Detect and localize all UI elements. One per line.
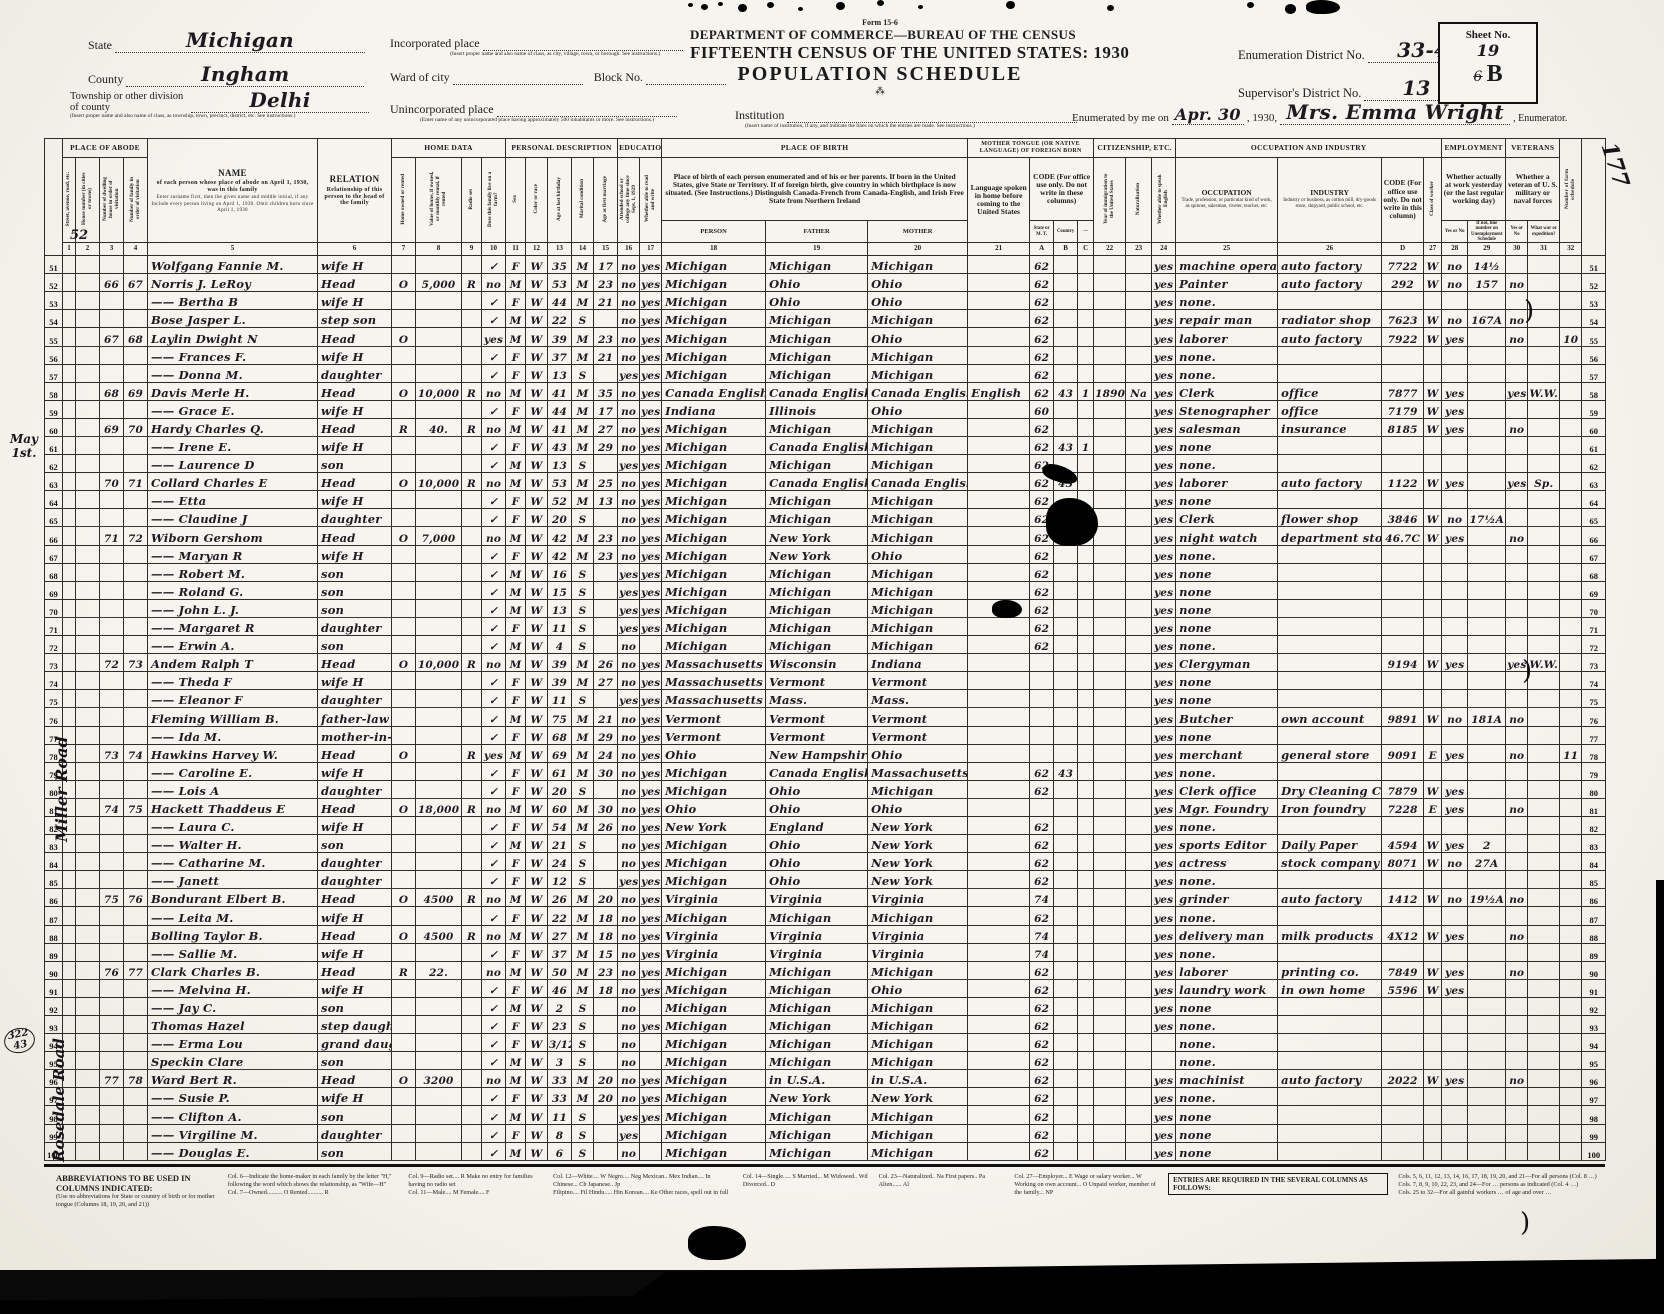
attended-school: no (618, 491, 640, 509)
naturalization (1126, 780, 1152, 798)
industry (1278, 581, 1382, 599)
mother-tongue (968, 708, 1030, 726)
attended-school: no (618, 1088, 640, 1106)
naturalization (1126, 1106, 1152, 1124)
color-race: W (526, 1142, 548, 1160)
house-number (76, 455, 100, 473)
code-a: 62 (1030, 816, 1054, 834)
at-work: no (1442, 310, 1468, 328)
enumerator-suffix: , Enumerator. (1513, 113, 1567, 124)
mother-tongue (968, 364, 1030, 382)
naturalization (1126, 328, 1152, 346)
line-number-right: 90 (1582, 961, 1606, 979)
family-number (124, 708, 148, 726)
war (1528, 1016, 1560, 1034)
read-write: yes (640, 382, 662, 400)
code-d (1382, 1052, 1424, 1070)
age-first-marriage (594, 636, 618, 654)
attended-school: no (618, 328, 640, 346)
at-work: yes (1442, 835, 1468, 853)
family-number (124, 997, 148, 1015)
occupation: none. (1176, 636, 1278, 654)
code-a: 62 (1030, 907, 1054, 925)
institution-field: Institution (Insert name of institution,… (735, 108, 1077, 129)
sex: M (506, 654, 526, 672)
speaks-english: yes (1152, 599, 1176, 617)
lives-on-farm: ✓ (482, 997, 506, 1015)
speaks-english: yes (1152, 527, 1176, 545)
at-work (1442, 762, 1468, 780)
occupation: Clerk (1176, 509, 1278, 527)
class-of-worker: E (1424, 798, 1442, 816)
birthplace-mother: Michigan (868, 997, 968, 1015)
birthplace-person: Michigan (662, 545, 766, 563)
at-work (1442, 672, 1468, 690)
county-label: County (88, 72, 123, 86)
home-value (416, 726, 462, 744)
relation: son (318, 1142, 392, 1160)
code-c (1078, 925, 1094, 943)
occupation: Clerk (1176, 382, 1278, 400)
marital-condition: S (572, 563, 594, 581)
house-number (76, 780, 100, 798)
code-d (1382, 636, 1424, 654)
relation: Head (318, 654, 392, 672)
street (63, 473, 76, 491)
veteran (1506, 690, 1528, 708)
house-number (76, 310, 100, 328)
house-number (76, 509, 100, 527)
radio-set (462, 1070, 482, 1088)
birthplace-person: Michigan (662, 997, 766, 1015)
sex: F (506, 400, 526, 418)
relation: grand daughter (318, 1034, 392, 1052)
at-work (1442, 491, 1468, 509)
dwelling-number (100, 346, 124, 364)
age-first-marriage: 18 (594, 907, 618, 925)
sex: F (506, 256, 526, 274)
speaks-english: yes (1152, 636, 1176, 654)
speaks-english: yes (1152, 1142, 1176, 1160)
line-number-right: 97 (1582, 1088, 1606, 1106)
age-first-marriage: 30 (594, 762, 618, 780)
naturalization (1126, 1016, 1152, 1034)
class-of-worker (1424, 437, 1442, 455)
veteran (1506, 636, 1528, 654)
birthplace-person: Michigan (662, 256, 766, 274)
at-work (1442, 455, 1468, 473)
age-first-marriage (594, 997, 618, 1015)
class-of-worker (1424, 907, 1442, 925)
age: 39 (548, 328, 572, 346)
attended-school: no (618, 1070, 640, 1088)
family-number: 69 (124, 382, 148, 400)
age-first-marriage (594, 1106, 618, 1124)
mother-tongue (968, 1142, 1030, 1160)
employment-yesno-header: Yes or No (1442, 221, 1468, 243)
class-of-worker (1424, 762, 1442, 780)
color-race: W (526, 310, 548, 328)
dwelling-number (100, 1142, 124, 1160)
home-value (416, 907, 462, 925)
table-row: 85—— Janettdaughter✓FW12SyesyesMichiganO… (45, 871, 1606, 889)
read-write: yes (640, 400, 662, 418)
age: 54 (548, 816, 572, 834)
unemployment-line: 157 (1468, 274, 1506, 292)
unemployment-line: 181A (1468, 708, 1506, 726)
color-race: W (526, 581, 548, 599)
farm-schedule (1560, 726, 1582, 744)
age-first-marriage: 23 (594, 527, 618, 545)
veterans-war-header: What war or expedition? (1528, 221, 1560, 243)
code-d: 7922 (1382, 328, 1424, 346)
code-a: 62 (1030, 310, 1054, 328)
farm-schedule (1560, 961, 1582, 979)
name: —— Janett (148, 871, 318, 889)
table-row: 967778Ward Bert R.HeadO3200noMW33M20noye… (45, 1070, 1606, 1088)
unemployment-line (1468, 871, 1506, 889)
immigration-year (1094, 509, 1126, 527)
code-c (1078, 744, 1094, 762)
code-d: 46.7C (1382, 527, 1424, 545)
line-number: 53 (45, 292, 63, 310)
code-d (1382, 346, 1424, 364)
name: —— Maryan R (148, 545, 318, 563)
marital-condition: M (572, 400, 594, 418)
street (63, 400, 76, 418)
naturalization (1126, 871, 1152, 889)
color-race: W (526, 889, 548, 907)
age: 53 (548, 473, 572, 491)
sex: F (506, 943, 526, 961)
radio-set (462, 636, 482, 654)
table-row: 70—— John L. J.son✓MW13SyesyesMichiganMi… (45, 599, 1606, 617)
house-number-label: House number (in cities or towns) (82, 171, 94, 227)
line-number-right: 76 (1582, 708, 1606, 726)
line-number-right: 52 (1582, 274, 1606, 292)
home-owned-or-rented (392, 563, 416, 581)
at-work (1442, 563, 1468, 581)
naturalization (1126, 346, 1152, 364)
birthplace-father: Michigan (766, 636, 868, 654)
home-owned-or-rented (392, 1088, 416, 1106)
table-row: 87—— Leita M.wife H✓FW22M18noyesMichigan… (45, 907, 1606, 925)
relation: Head (318, 274, 392, 292)
veteran: no (1506, 925, 1528, 943)
marital-label: Marital condition (580, 179, 586, 218)
lives-on-farm: ✓ (482, 816, 506, 834)
immigration-year (1094, 943, 1126, 961)
colnum: 6 (318, 243, 392, 256)
attended-school: yes (618, 617, 640, 635)
age-first-marriage: 13 (594, 491, 618, 509)
name: —— Lois A (148, 780, 318, 798)
name: —— Theda F (148, 672, 318, 690)
birthplace-person: Ohio (662, 744, 766, 762)
family-number: 76 (124, 889, 148, 907)
census-header: PLACE OF ABODE NAME of each person whose… (45, 139, 1606, 256)
code-d (1382, 545, 1424, 563)
col-value-header: Value of home, if owned, or monthly rent… (416, 158, 462, 243)
read-write-label: Whether able to read and write (645, 171, 657, 227)
war (1528, 853, 1560, 871)
dwelling-number: 72 (100, 654, 124, 672)
code-d: 7849 (1382, 961, 1424, 979)
line-number-right: 80 (1582, 780, 1606, 798)
code-a: 60 (1030, 400, 1054, 418)
industry: Dry Cleaning Co (1278, 780, 1382, 798)
marital-condition: M (572, 726, 594, 744)
veteran (1506, 509, 1528, 527)
war (1528, 762, 1560, 780)
code-a: 62 (1030, 1124, 1054, 1142)
occupation: machinist (1176, 1070, 1278, 1088)
code-d (1382, 437, 1424, 455)
marital-condition: M (572, 346, 594, 364)
immigration-year (1094, 690, 1126, 708)
birthplace-mother: in U.S.A. (868, 1070, 968, 1088)
mother-tongue (968, 1052, 1030, 1070)
age-first-marriage (594, 455, 618, 473)
age: 20 (548, 780, 572, 798)
code-b (1054, 907, 1078, 925)
family-number (124, 816, 148, 834)
class-of-worker: W (1424, 473, 1442, 491)
age: 39 (548, 672, 572, 690)
war (1528, 617, 1560, 635)
line-number: 59 (45, 400, 63, 418)
industry (1278, 346, 1382, 364)
color-race: W (526, 636, 548, 654)
sex: M (506, 889, 526, 907)
age: 27 (548, 925, 572, 943)
farm-schedule: 10 (1560, 328, 1582, 346)
veteran: yes (1506, 382, 1528, 400)
unemployment-line (1468, 690, 1506, 708)
name: Wiborn Gershom (148, 527, 318, 545)
street (63, 256, 76, 274)
naturalization (1126, 762, 1152, 780)
group-place-of-birth: PLACE OF BIRTH (662, 139, 968, 158)
class-of-worker: W (1424, 1070, 1442, 1088)
family-number (124, 853, 148, 871)
veteran (1506, 780, 1528, 798)
farm-schedule (1560, 292, 1582, 310)
read-write: yes (640, 672, 662, 690)
footer-col6: Col. 6—Indicate the home-maker in each f… (228, 1173, 399, 1252)
family-number: 70 (124, 418, 148, 436)
house-number (76, 491, 100, 509)
table-row: 606970Hardy Charles Q.HeadR40.RnoMW41M27… (45, 418, 1606, 436)
house-number (76, 473, 100, 491)
home-owned-or-rented (392, 1052, 416, 1070)
naturalization (1126, 907, 1152, 925)
dwelling-number (100, 871, 124, 889)
family-number (124, 672, 148, 690)
home-value (416, 563, 462, 581)
veteran: no (1506, 708, 1528, 726)
dwelling-number: 67 (100, 328, 124, 346)
lives-on-farm: ✓ (482, 1106, 506, 1124)
line-number-right: 61 (1582, 437, 1606, 455)
read-write: yes (640, 979, 662, 997)
relation: wife H (318, 762, 392, 780)
home-value (416, 617, 462, 635)
class-of-worker (1424, 581, 1442, 599)
relation: Head (318, 961, 392, 979)
house-number (76, 708, 100, 726)
marital-condition: M (572, 654, 594, 672)
class-of-worker (1424, 491, 1442, 509)
code-c (1078, 690, 1094, 708)
table-row: 75—— Eleanor Fdaughter✓FW11SyesyesMassac… (45, 690, 1606, 708)
line-number-right: 63 (1582, 473, 1606, 491)
mother-tongue (968, 1124, 1030, 1142)
attended-school: no (618, 1016, 640, 1034)
veteran (1506, 1088, 1528, 1106)
farm-schedule (1560, 1016, 1582, 1034)
industry: in own home (1278, 979, 1382, 997)
home-value (416, 997, 462, 1015)
at-work (1442, 545, 1468, 563)
lives-on-farm: no (482, 961, 506, 979)
marital-condition: M (572, 418, 594, 436)
line-number: 84 (45, 853, 63, 871)
line-number-right: 87 (1582, 907, 1606, 925)
line-number-right: 62 (1582, 455, 1606, 473)
veterans-desc-header: Whether a veteran of U. S. military or n… (1506, 158, 1560, 221)
home-value (416, 599, 462, 617)
unemployment-line (1468, 563, 1506, 581)
marital-condition: M (572, 816, 594, 834)
war (1528, 509, 1560, 527)
occupation: none. (1176, 943, 1278, 961)
line-number: 63 (45, 473, 63, 491)
radio-set: R (462, 473, 482, 491)
read-write: yes (640, 437, 662, 455)
farm-schedule (1560, 816, 1582, 834)
age: 4 (548, 636, 572, 654)
home-value (416, 1052, 462, 1070)
col-school-header: Attended school or college any time sinc… (618, 158, 640, 243)
industry-header: INDUSTRY Industry or business, as cotton… (1278, 158, 1382, 243)
code-b (1054, 563, 1078, 581)
farm-schedule (1560, 672, 1582, 690)
occupation: none. (1176, 816, 1278, 834)
colnum: 8 (416, 243, 462, 256)
mother-tongue (968, 292, 1030, 310)
occupation: none (1176, 726, 1278, 744)
birthplace-person: Michigan (662, 1016, 766, 1034)
birthplace-mother: Ohio (868, 400, 968, 418)
line-number-right: 67 (1582, 545, 1606, 563)
birthplace-father: Vermont (766, 726, 868, 744)
family-number: 68 (124, 328, 148, 346)
war (1528, 527, 1560, 545)
sex: M (506, 835, 526, 853)
relation: wife H (318, 1088, 392, 1106)
code-c (1078, 726, 1094, 744)
age-first-marriage: 21 (594, 708, 618, 726)
speaks-english: yes (1152, 654, 1176, 672)
veteran: no (1506, 274, 1528, 292)
birthplace-person: Michigan (662, 310, 766, 328)
farm-schedule (1560, 256, 1582, 274)
code-c (1078, 473, 1094, 491)
mother-tongue (968, 1016, 1030, 1034)
code-d: 7623 (1382, 310, 1424, 328)
birthplace-person: Michigan (662, 346, 766, 364)
at-work (1442, 437, 1468, 455)
age-first-marriage (594, 1052, 618, 1070)
sex: F (506, 346, 526, 364)
age: 13 (548, 364, 572, 382)
dwelling-number (100, 816, 124, 834)
home-value (416, 310, 462, 328)
dwelling-number (100, 762, 124, 780)
sex: M (506, 798, 526, 816)
color-race: W (526, 400, 548, 418)
age-first-marriage (594, 310, 618, 328)
birthplace-person: Michigan (662, 509, 766, 527)
at-work: yes (1442, 744, 1468, 762)
naturalization (1126, 581, 1152, 599)
family-number (124, 943, 148, 961)
street-label: Street, avenue, road, etc. (66, 172, 72, 226)
naturalization (1126, 599, 1152, 617)
speaks-english: yes (1152, 835, 1176, 853)
birthplace-person: Vermont (662, 726, 766, 744)
age: 11 (548, 1106, 572, 1124)
code-a: 62 (1030, 1088, 1054, 1106)
attended-school: no (618, 382, 640, 400)
table-row: 100—— Douglas E.son✓MW6SnoMichiganMichig… (45, 1142, 1606, 1160)
marital-condition: S (572, 1016, 594, 1034)
institution-note: (Insert name of institution, if any, and… (745, 123, 1075, 129)
street (63, 871, 76, 889)
birthplace-mother: Michigan (868, 563, 968, 581)
veteran (1506, 943, 1528, 961)
birthplace-father: Ohio (766, 292, 868, 310)
speaks-english: yes (1152, 726, 1176, 744)
industry: flower shop (1278, 509, 1382, 527)
line-number-right: 79 (1582, 762, 1606, 780)
radio-set: R (462, 744, 482, 762)
code-a: 62 (1030, 636, 1054, 654)
col-family-header: Number of family in order of visitation (124, 158, 148, 243)
name: —— Walter H. (148, 835, 318, 853)
code-d (1382, 292, 1424, 310)
class-of-worker (1424, 672, 1442, 690)
age: 75 (548, 708, 572, 726)
binding-mark-2: ) (1522, 656, 1532, 686)
birthplace-father: Michigan (766, 907, 868, 925)
colnum: 5 (148, 243, 318, 256)
line-number: 62 (45, 455, 63, 473)
age: 3 (548, 1052, 572, 1070)
naturalization (1126, 437, 1152, 455)
at-work (1442, 581, 1468, 599)
line-number-right: 96 (1582, 1070, 1606, 1088)
war (1528, 328, 1560, 346)
birthplace-father: Ohio (766, 835, 868, 853)
dwelling-number (100, 509, 124, 527)
read-write: yes (640, 654, 662, 672)
class-of-worker (1424, 1088, 1442, 1106)
lives-on-farm: ✓ (482, 400, 506, 418)
colnum: 17 (640, 243, 662, 256)
code-a-header: State or M. T. (1030, 221, 1054, 243)
